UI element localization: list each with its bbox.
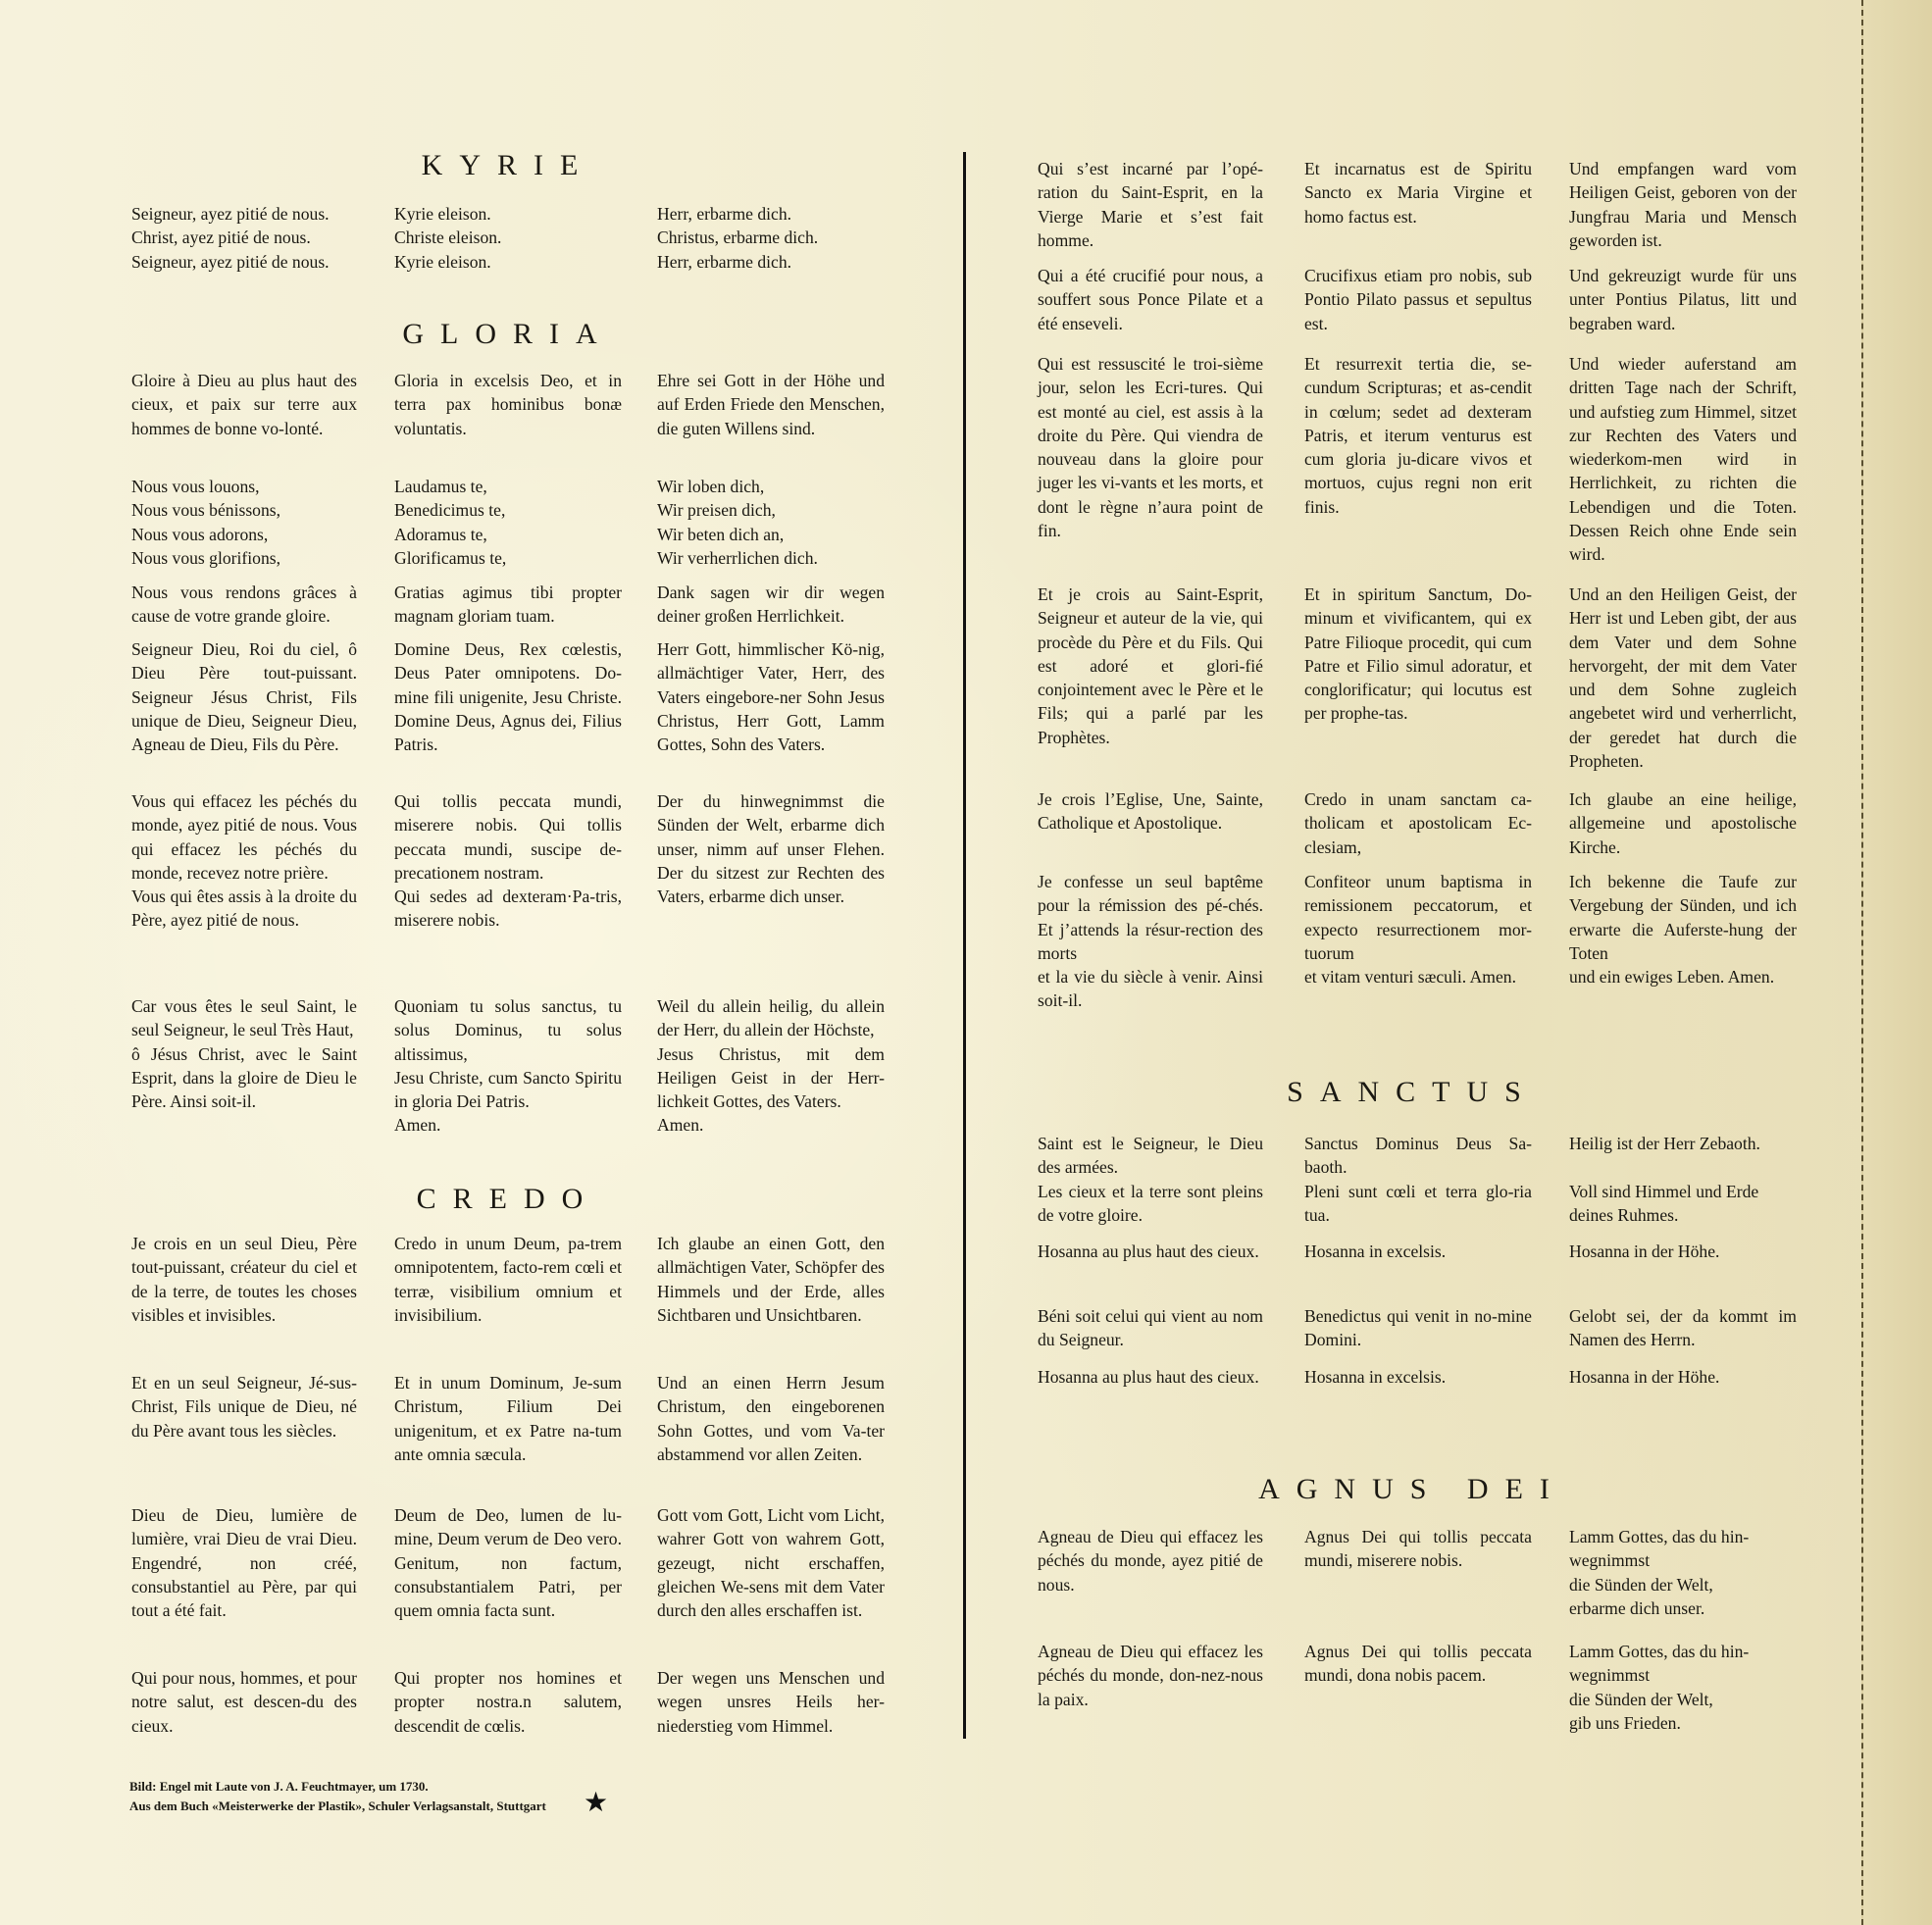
sanctus-fr-3: Béni soit celui qui vient au nom du Seig… bbox=[1038, 1304, 1263, 1352]
credo-la-2: Et in unum Dominum, Je-sum Christum, Fil… bbox=[394, 1371, 622, 1466]
gloria-fr-5: Vous qui effacez les péchés du monde, ay… bbox=[131, 789, 357, 933]
credo-cont-fr-6: Je confesse un seul baptême pour la rémi… bbox=[1038, 870, 1263, 1013]
credo-cont-fr-2: Qui a été crucifié pour nous, a souffert… bbox=[1038, 264, 1263, 335]
gloria-de-4: Herr Gott, himmlischer Kö-nig, allmächti… bbox=[657, 637, 885, 756]
sanctus-de-4: Hosanna in der Höhe. bbox=[1569, 1365, 1797, 1389]
gloria-la-4: Domine Deus, Rex cœlestis, Deus Pater om… bbox=[394, 637, 622, 756]
credo-cont-la-1: Et incarnatus est de Spiritu Sancto ex M… bbox=[1304, 157, 1532, 228]
gloria-de-5: Der du hinwegnimmst die Sünden der Welt,… bbox=[657, 789, 885, 908]
sanctus-fr-2: Hosanna au plus haut des cieux. bbox=[1038, 1240, 1263, 1263]
credo-cont-fr-5: Je crois l’Eglise, Une, Sainte, Catholiq… bbox=[1038, 787, 1263, 836]
sanctus-de-3: Gelobt sei, der da kommt im Namen des He… bbox=[1569, 1304, 1797, 1352]
heading-kyrie: KYRIE bbox=[394, 149, 622, 182]
credo-la-4: Qui propter nos homines et propter nostr… bbox=[394, 1666, 622, 1738]
credo-fr-4: Qui pour nous, hommes, et pour notre sal… bbox=[131, 1666, 357, 1738]
column-divider bbox=[963, 152, 966, 1739]
credo-de-3: Gott vom Gott, Licht vom Licht, wahrer G… bbox=[657, 1503, 885, 1622]
gloria-de-2: Wir loben dich, Wir preisen dich, Wir be… bbox=[657, 475, 885, 570]
credo-de-2: Und an einen Herrn Jesum Christum, den e… bbox=[657, 1371, 885, 1466]
kyrie-fr: Seigneur, ayez pitié de nous. Christ, ay… bbox=[131, 202, 357, 274]
credo-cont-la-4: Et in spiritum Sanctum, Do-minum et vivi… bbox=[1304, 583, 1532, 726]
gloria-fr-4: Seigneur Dieu, Roi du ciel, ô Dieu Père … bbox=[131, 637, 357, 756]
credo-cont-de-5: Ich glaube an eine heilige, allgemeine u… bbox=[1569, 787, 1797, 859]
credo-de-1: Ich glaube an einen Gott, den allmächtig… bbox=[657, 1232, 885, 1327]
agnus-fr-2: Agneau de Dieu qui effacez les péchés du… bbox=[1038, 1640, 1263, 1711]
gloria-de-6: Weil du allein heilig, du allein der Her… bbox=[657, 994, 885, 1138]
agnus-de-1: Lamm Gottes, das du hin-wegnimmst die Sü… bbox=[1569, 1525, 1797, 1620]
image-credit: Bild: Engel mit Laute von J. A. Feuchtma… bbox=[129, 1777, 546, 1816]
gloria-la-3: Gratias agimus tibi propter magnam glori… bbox=[394, 581, 622, 629]
credo-cont-fr-1: Qui s’est incarné par l’opé-ration du Sa… bbox=[1038, 157, 1263, 252]
credo-cont-fr-3: Qui est ressuscité le troi-sième jour, s… bbox=[1038, 352, 1263, 542]
sanctus-la-3: Benedictus qui venit in no-mine Domini. bbox=[1304, 1304, 1532, 1352]
kyrie-de: Herr, erbarme dich. Christus, erbarme di… bbox=[657, 202, 885, 274]
credo-cont-la-6: Confiteor unum baptisma in remissionem p… bbox=[1304, 870, 1532, 988]
gloria-la-5: Qui tollis peccata mundi, miserere nobis… bbox=[394, 789, 622, 933]
gloria-fr-1: Gloire à Dieu au plus haut des cieux, et… bbox=[131, 369, 357, 440]
sanctus-de-2: Hosanna in der Höhe. bbox=[1569, 1240, 1797, 1263]
sanctus-fr-4: Hosanna au plus haut des cieux. bbox=[1038, 1365, 1263, 1389]
credo-cont-de-3: Und wieder auferstand am dritten Tage na… bbox=[1569, 352, 1797, 567]
agnus-la-1: Agnus Dei qui tollis peccata mundi, mise… bbox=[1304, 1525, 1532, 1573]
star-icon: ★ bbox=[584, 1789, 608, 1816]
credo-fr-1: Je crois en un seul Dieu, Père tout-puis… bbox=[131, 1232, 357, 1327]
heading-sanctus: SANCTUS bbox=[1265, 1076, 1559, 1109]
heading-agnus-dei: AGNUS DEI bbox=[1216, 1473, 1608, 1506]
sanctus-la-2: Hosanna in excelsis. bbox=[1304, 1240, 1532, 1263]
sanctus-de-1: Heilig ist der Herr Zebaoth. Voll sind H… bbox=[1569, 1132, 1797, 1227]
gloria-fr-2: Nous vous louons, Nous vous bénissons, N… bbox=[131, 475, 357, 570]
credo-cont-la-5: Credo in unam sanctam ca-tholicam et apo… bbox=[1304, 787, 1532, 859]
sleeve-spine-edge bbox=[1861, 0, 1932, 1925]
credo-cont-la-3: Et resurrexit tertia die, se-cundum Scri… bbox=[1304, 352, 1532, 519]
credo-fr-3: Dieu de Dieu, lumière de lumière, vrai D… bbox=[131, 1503, 357, 1622]
sanctus-la-4: Hosanna in excelsis. bbox=[1304, 1365, 1532, 1389]
gloria-la-6: Quoniam tu solus sanctus, tu solus Domin… bbox=[394, 994, 622, 1138]
credo-cont-de-1: Und empfangen ward vom Heiligen Geist, g… bbox=[1569, 157, 1797, 252]
agnus-la-2: Agnus Dei qui tollis peccata mundi, dona… bbox=[1304, 1640, 1532, 1688]
sanctus-la-1: Sanctus Dominus Deus Sa-baoth. Pleni sun… bbox=[1304, 1132, 1532, 1227]
gloria-fr-6: Car vous êtes le seul Saint, le seul Sei… bbox=[131, 994, 357, 1113]
credo-cont-de-4: Und an den Heiligen Geist, der Herr ist … bbox=[1569, 583, 1797, 773]
agnus-fr-1: Agneau de Dieu qui effacez les péchés du… bbox=[1038, 1525, 1263, 1596]
credo-fr-2: Et en un seul Seigneur, Jé-sus-Christ, F… bbox=[131, 1371, 357, 1443]
credo-cont-la-2: Crucifixus etiam pro nobis, sub Pontio P… bbox=[1304, 264, 1532, 335]
sanctus-fr-1: Saint est le Seigneur, le Dieu des armée… bbox=[1038, 1132, 1263, 1227]
credo-cont-fr-4: Et je crois au Saint-Esprit, Seigneur et… bbox=[1038, 583, 1263, 749]
credo-cont-de-2: Und gekreuzigt wurde für uns unter Ponti… bbox=[1569, 264, 1797, 335]
credo-la-1: Credo in unum Deum, pa-trem omnipotentem… bbox=[394, 1232, 622, 1327]
kyrie-la: Kyrie eleison. Christe eleison. Kyrie el… bbox=[394, 202, 622, 274]
agnus-de-2: Lamm Gottes, das du hin-wegnimmst die Sü… bbox=[1569, 1640, 1797, 1735]
credo-cont-de-6: Ich bekenne die Taufe zur Vergebung der … bbox=[1569, 870, 1797, 988]
heading-gloria: GLORIA bbox=[394, 318, 622, 351]
gloria-de-1: Ehre sei Gott in der Höhe und auf Erden … bbox=[657, 369, 885, 440]
gloria-la-1: Gloria in excelsis Deo, et in terra pax … bbox=[394, 369, 622, 440]
gloria-la-2: Laudamus te, Benedicimus te, Adoramus te… bbox=[394, 475, 622, 570]
credo-de-4: Der wegen uns Menschen und wegen unsres … bbox=[657, 1666, 885, 1738]
gloria-fr-3: Nous vous rendons grâces à cause de votr… bbox=[131, 581, 357, 629]
gloria-de-3: Dank sagen wir dir wegen deiner großen H… bbox=[657, 581, 885, 629]
credo-la-3: Deum de Deo, lumen de lu-mine, Deum veru… bbox=[394, 1503, 622, 1622]
heading-credo: CREDO bbox=[394, 1183, 622, 1216]
